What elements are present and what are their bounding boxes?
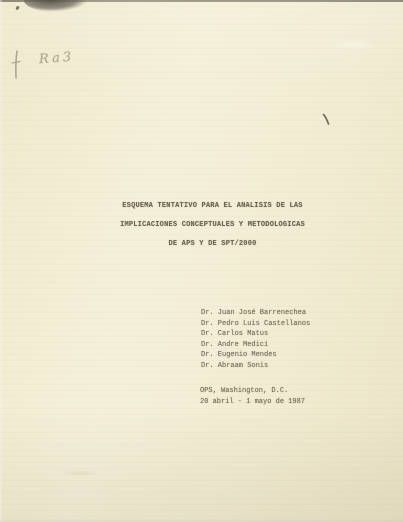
paper-blemish <box>330 40 380 50</box>
date-line: 20 abril - 1 mayo de 1987 <box>200 397 305 408</box>
author-name: Dr. Carlos Matus <box>201 329 310 340</box>
handwritten-annotation: Ra3 <box>39 50 75 67</box>
title-line-2: IMPLICACIONES CONCEPTUALES Y METODOLOGIC… <box>22 216 403 235</box>
venue-line: OPS, Washington, D.C. <box>200 386 305 397</box>
torn-corner-shadow <box>24 0 94 13</box>
venue-date-block: OPS, Washington, D.C. 20 abril - 1 mayo … <box>200 386 305 407</box>
ink-speck <box>15 6 19 11</box>
author-name: Dr. Pedro Luis Castellanos <box>201 319 310 330</box>
document-title: ESQUEMA TENTATIVO PARA EL ANALISIS DE LA… <box>22 197 403 254</box>
author-name: Dr. Andre Medici <box>201 340 310 351</box>
title-line-3: DE APS Y DE SPT/2000 <box>22 235 403 254</box>
scan-left-edge <box>0 0 3 522</box>
author-name: Dr. Eugenio Mendes <box>201 350 310 361</box>
paper-blemish <box>60 470 100 476</box>
pencil-stroke-icon <box>11 50 23 85</box>
author-name: Dr. Abraam Sonis <box>201 361 310 372</box>
scanned-document-page: Ra3 ESQUEMA TENTATIVO PARA EL ANALISIS D… <box>0 0 403 522</box>
ink-tick-mark <box>322 113 332 132</box>
author-list: Dr. Juan José Barrenechea Dr. Pedro Luis… <box>201 308 310 372</box>
author-name: Dr. Juan José Barrenechea <box>201 308 310 319</box>
title-line-1: ESQUEMA TENTATIVO PARA EL ANALISIS DE LA… <box>22 197 403 216</box>
